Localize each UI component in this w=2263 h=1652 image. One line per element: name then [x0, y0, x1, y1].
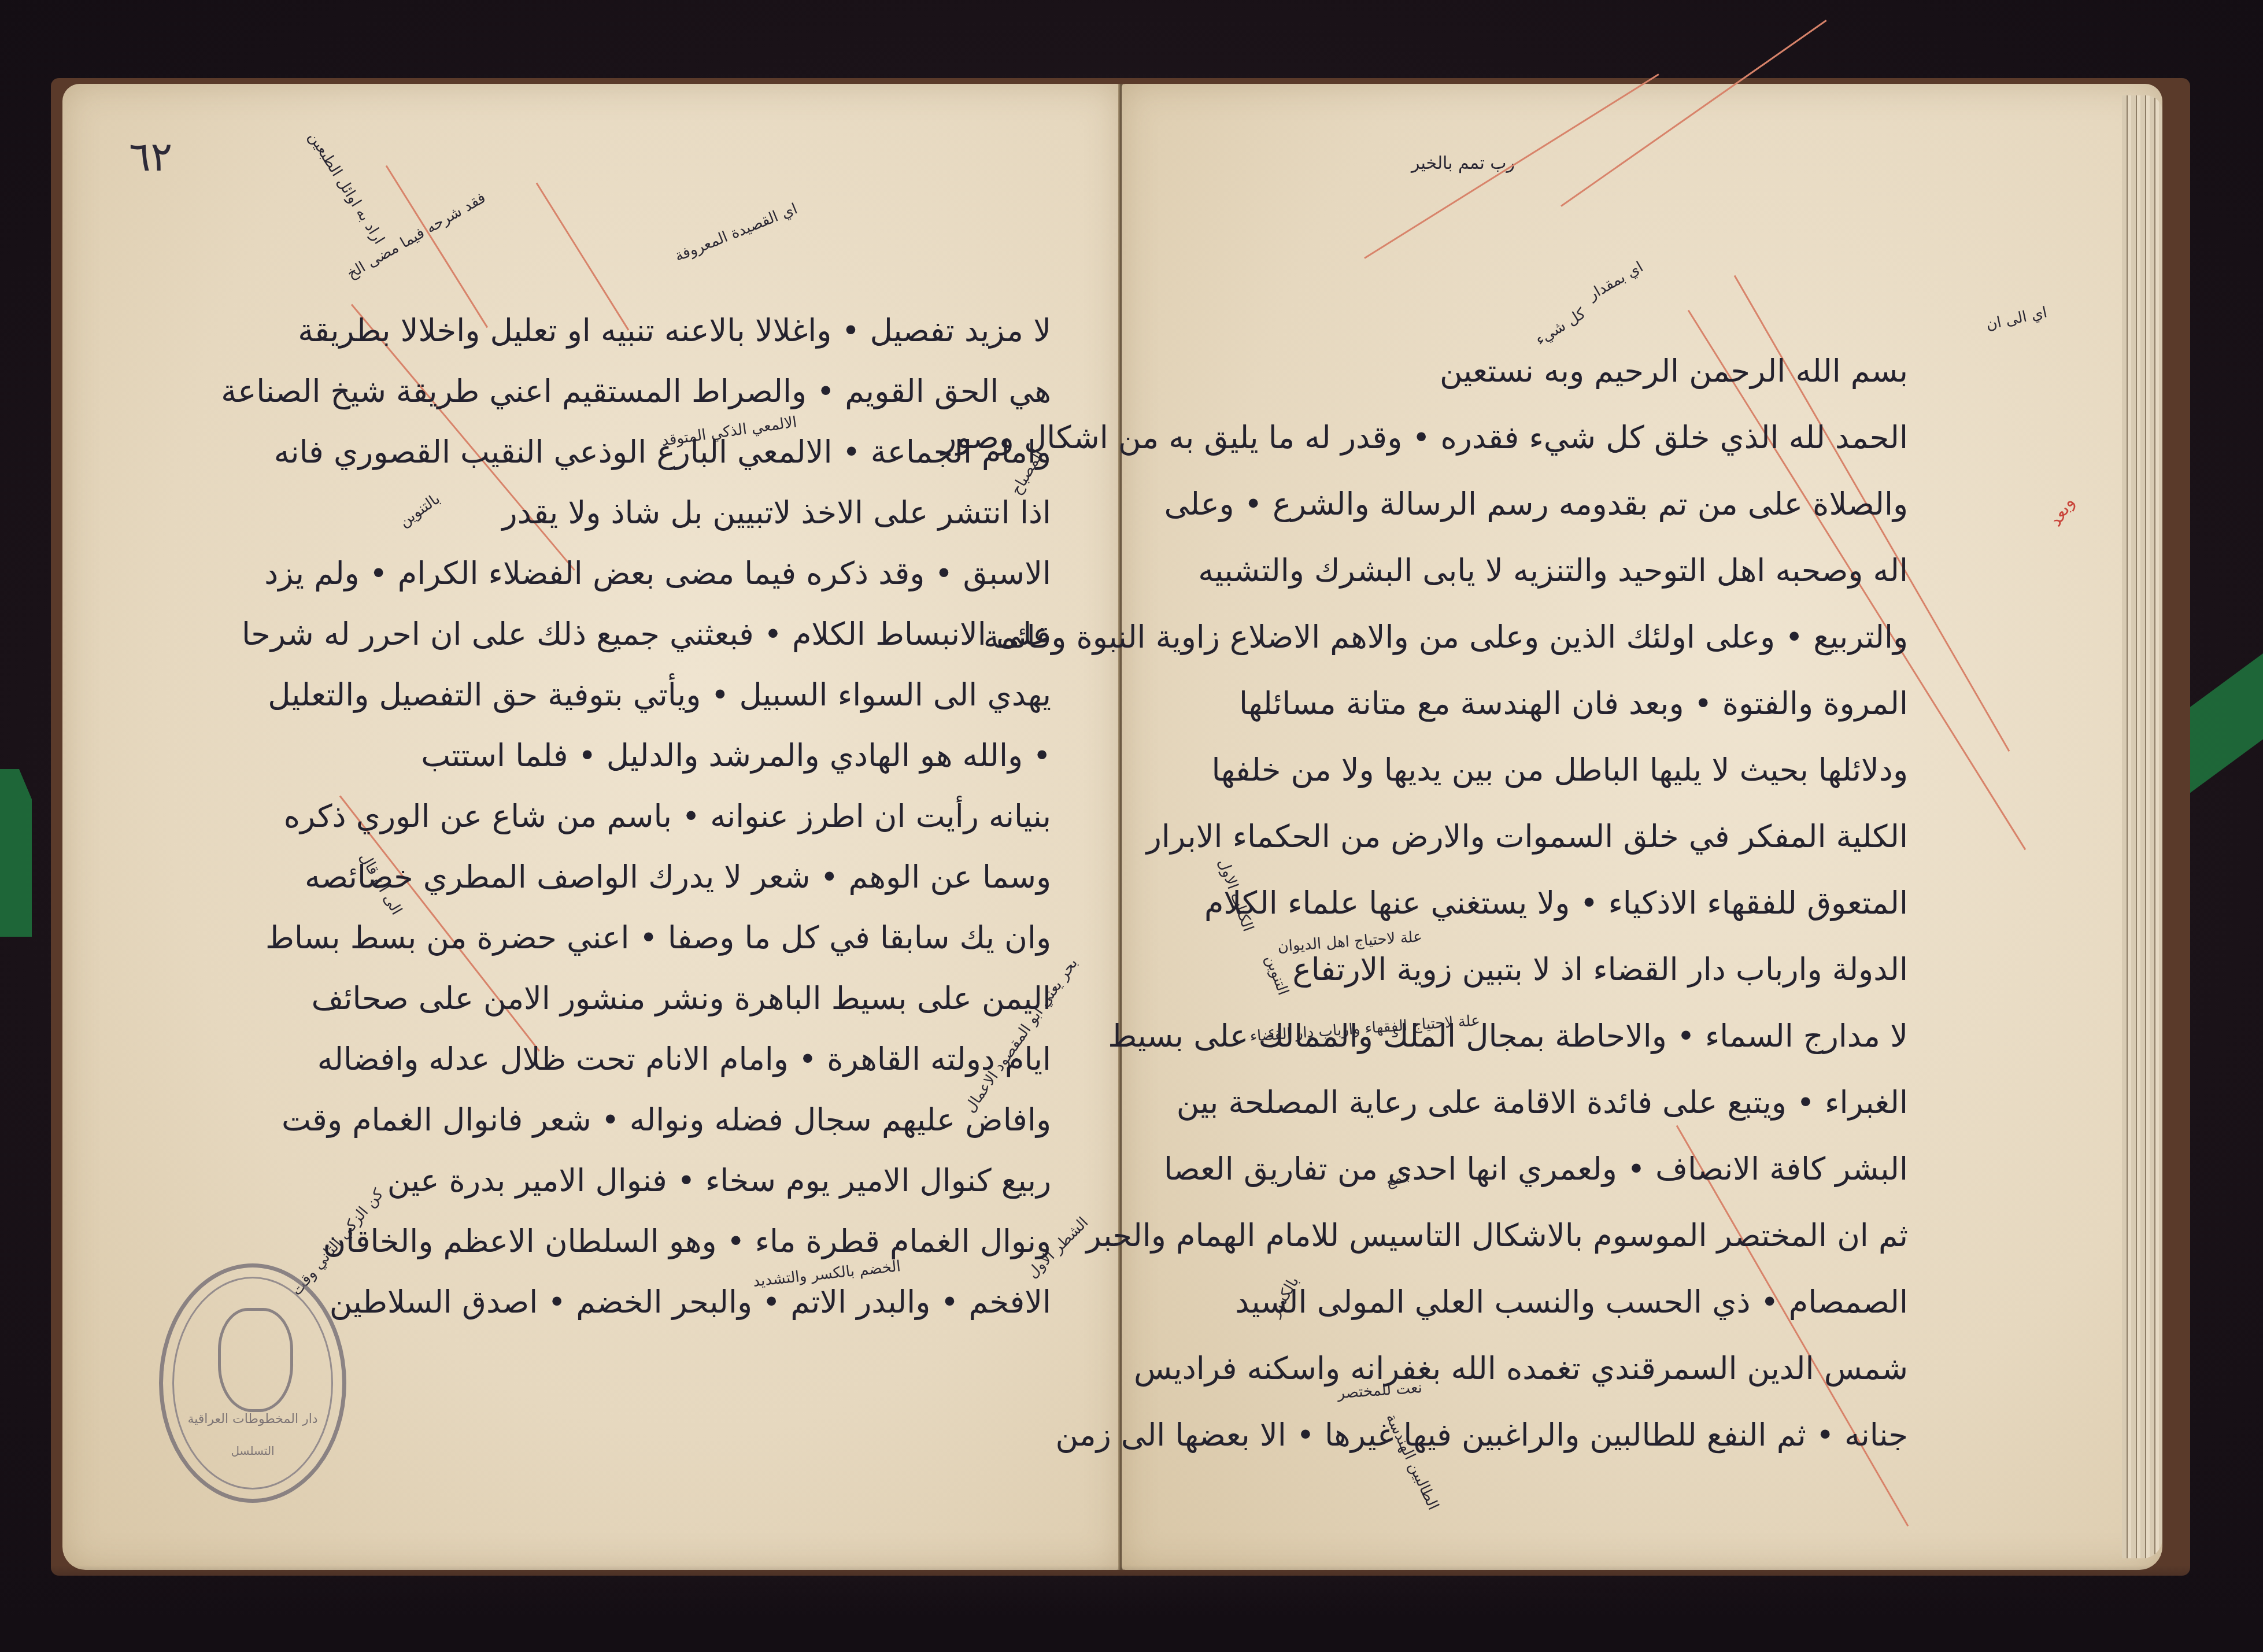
folio-number: ٦٢ — [129, 133, 172, 180]
text-line: وان يك سابقا في كل ما وصفا • اعني حضرة م… — [265, 922, 1051, 953]
text-line: اليمن على بسيط الباهرة ونشر منشور الامن … — [312, 983, 1052, 1014]
text-line: المروة والفتوة • وبعد فان الهندسة مع متا… — [1239, 688, 1908, 719]
text-line: شمس الدين السمرقندي تغمده الله بغفرانه و… — [1134, 1353, 1908, 1384]
marginal-gloss: اي الى ان — [1984, 304, 2048, 334]
diagonal-commentary-block: وبعد — [2045, 493, 2079, 530]
text-line: الاسبق • وقد ذكره فيما مضى بعض الفضلاء ا… — [264, 558, 1051, 589]
ruling-line — [1364, 73, 1659, 258]
text-line: وسما عن الوهم • شعر لا يدرك الواصف المطر… — [305, 862, 1051, 893]
text-line: على الانبساط الكلام • فبعثني جميع ذلك عل… — [242, 619, 1051, 650]
text-line: الحمد لله الذي خلق كل شيء فقدره • وقدر ل… — [941, 422, 1908, 453]
text-line: هي الحق القويم • والصراط المستقيم اعني ط… — [221, 376, 1051, 407]
text-line: بنيانه رأيت ان اطرز عنوانه • باسم من شاع… — [284, 801, 1051, 832]
text-line: المتعوق للفقهاء الاذكياء • ولا يستغني عن… — [1204, 888, 1908, 919]
text-line: لا مزيد تفصيل • واغلالا بالاعنه تنبيه او… — [298, 315, 1051, 346]
stamp-serial-label: التسلسل — [163, 1444, 342, 1458]
text-line: اذا انتشر على الاخذ لاتبيين بل شاذ ولا ي… — [502, 497, 1051, 529]
right-main-text: بسم الله الرحمن الرحيم وبه نستعين الحمد … — [1156, 356, 1908, 1483]
marginal-gloss: اي بمقدار — [1585, 258, 1647, 304]
text-line: ايام دولته القاهرة • وامام الانام تحت ظل… — [317, 1044, 1051, 1075]
hand-emblem-icon — [218, 1308, 293, 1412]
text-line: الدولة وارباب دار القضاء اذ لا بتبين زوي… — [1292, 954, 1908, 985]
text-line: الغبراء • ويتبع على فائدة الاقامة على رع… — [1177, 1087, 1908, 1118]
text-line: وامام الجماعة • الالمعي البارع الوذعي ال… — [274, 437, 1051, 468]
text-line: البشر كافة الانصاف • ولعمري انها احدى من… — [1164, 1154, 1908, 1185]
left-main-text: لا مزيد تفصيل • واغلالا بالاعنه تنبيه او… — [328, 315, 1051, 1356]
text-line: وافاض عليهم سجال فضله ونواله • شعر فانوا… — [282, 1104, 1051, 1136]
text-line: جنانه • ثم النفع للطالبين والراغبين فيها… — [1056, 1420, 1908, 1451]
text-line: والصلاة على من تم بقدومه رسم الرسالة وال… — [1164, 489, 1908, 520]
rubric-word: وبعد — [2045, 493, 2079, 530]
page-edges-right — [2122, 95, 2162, 1558]
text-line: اله وصحبه اهل التوحيد والتنزيه لا يابى ا… — [1198, 555, 1908, 586]
text-line: ربيع كنوال الامير يوم سخاء • فنوال الامي… — [387, 1165, 1051, 1196]
basmala-line: بسم الله الرحمن الرحيم وبه نستعين — [1440, 356, 1908, 387]
library-stamp: دار المخطوطات العراقية التسلسل — [159, 1263, 346, 1503]
text-line: الكلية المفكر في خلق السموات والارض من ا… — [1147, 821, 1908, 852]
open-manuscript: ٦٢ فقد شرحه فيما مضى الخ اراد به اوائل ا… — [51, 78, 2190, 1576]
text-line: • والله هو الهادي والمرشد والدليل • فلما… — [421, 740, 1051, 771]
marginal-gloss: اي القصيدة المعروفة — [672, 200, 800, 265]
text-line: ثم ان المختصر الموسوم بالاشكال التاسيس ل… — [1086, 1220, 1908, 1251]
marginal-gloss: كل شيء — [1533, 305, 1589, 349]
text-line: الصمصام • ذي الحسب والنسب العلي المولى ا… — [1235, 1287, 1908, 1318]
text-line: يهدي الى السواء السبيل • ويأتي بتوفية حق… — [268, 679, 1051, 711]
marginal-gloss: اراد به اوائل الطبعين — [305, 129, 388, 247]
stamp-legend: دار المخطوطات العراقية — [163, 1412, 342, 1426]
ruling-line — [536, 183, 630, 331]
text-line: ونوال الغمام قطرة ماء • وهو السلطان الاع… — [323, 1226, 1051, 1257]
text-line: ودلائلها بحيث لا يليها الباطل من بين يدي… — [1212, 755, 1908, 786]
bottom-shadow — [0, 1565, 2263, 1652]
right-page: رب تمم بالخير كل شيء اي بمقدار علة لاحتي… — [1122, 84, 2162, 1570]
text-line: والتربيع • وعلى اولئك الذين وعلى من والا… — [983, 622, 1908, 653]
header-note: رب تمم بالخير — [1411, 153, 1515, 173]
green-strap-left — [0, 769, 32, 937]
left-page: ٦٢ فقد شرحه فيما مضى الخ اراد به اوائل ا… — [62, 84, 1121, 1570]
text-line: لا مدارج السماء • والاحاطة بمجال الملك و… — [1108, 1021, 1908, 1052]
text-line: الافخم • والبدر الاتم • والبحر الخضم • ا… — [330, 1287, 1051, 1318]
